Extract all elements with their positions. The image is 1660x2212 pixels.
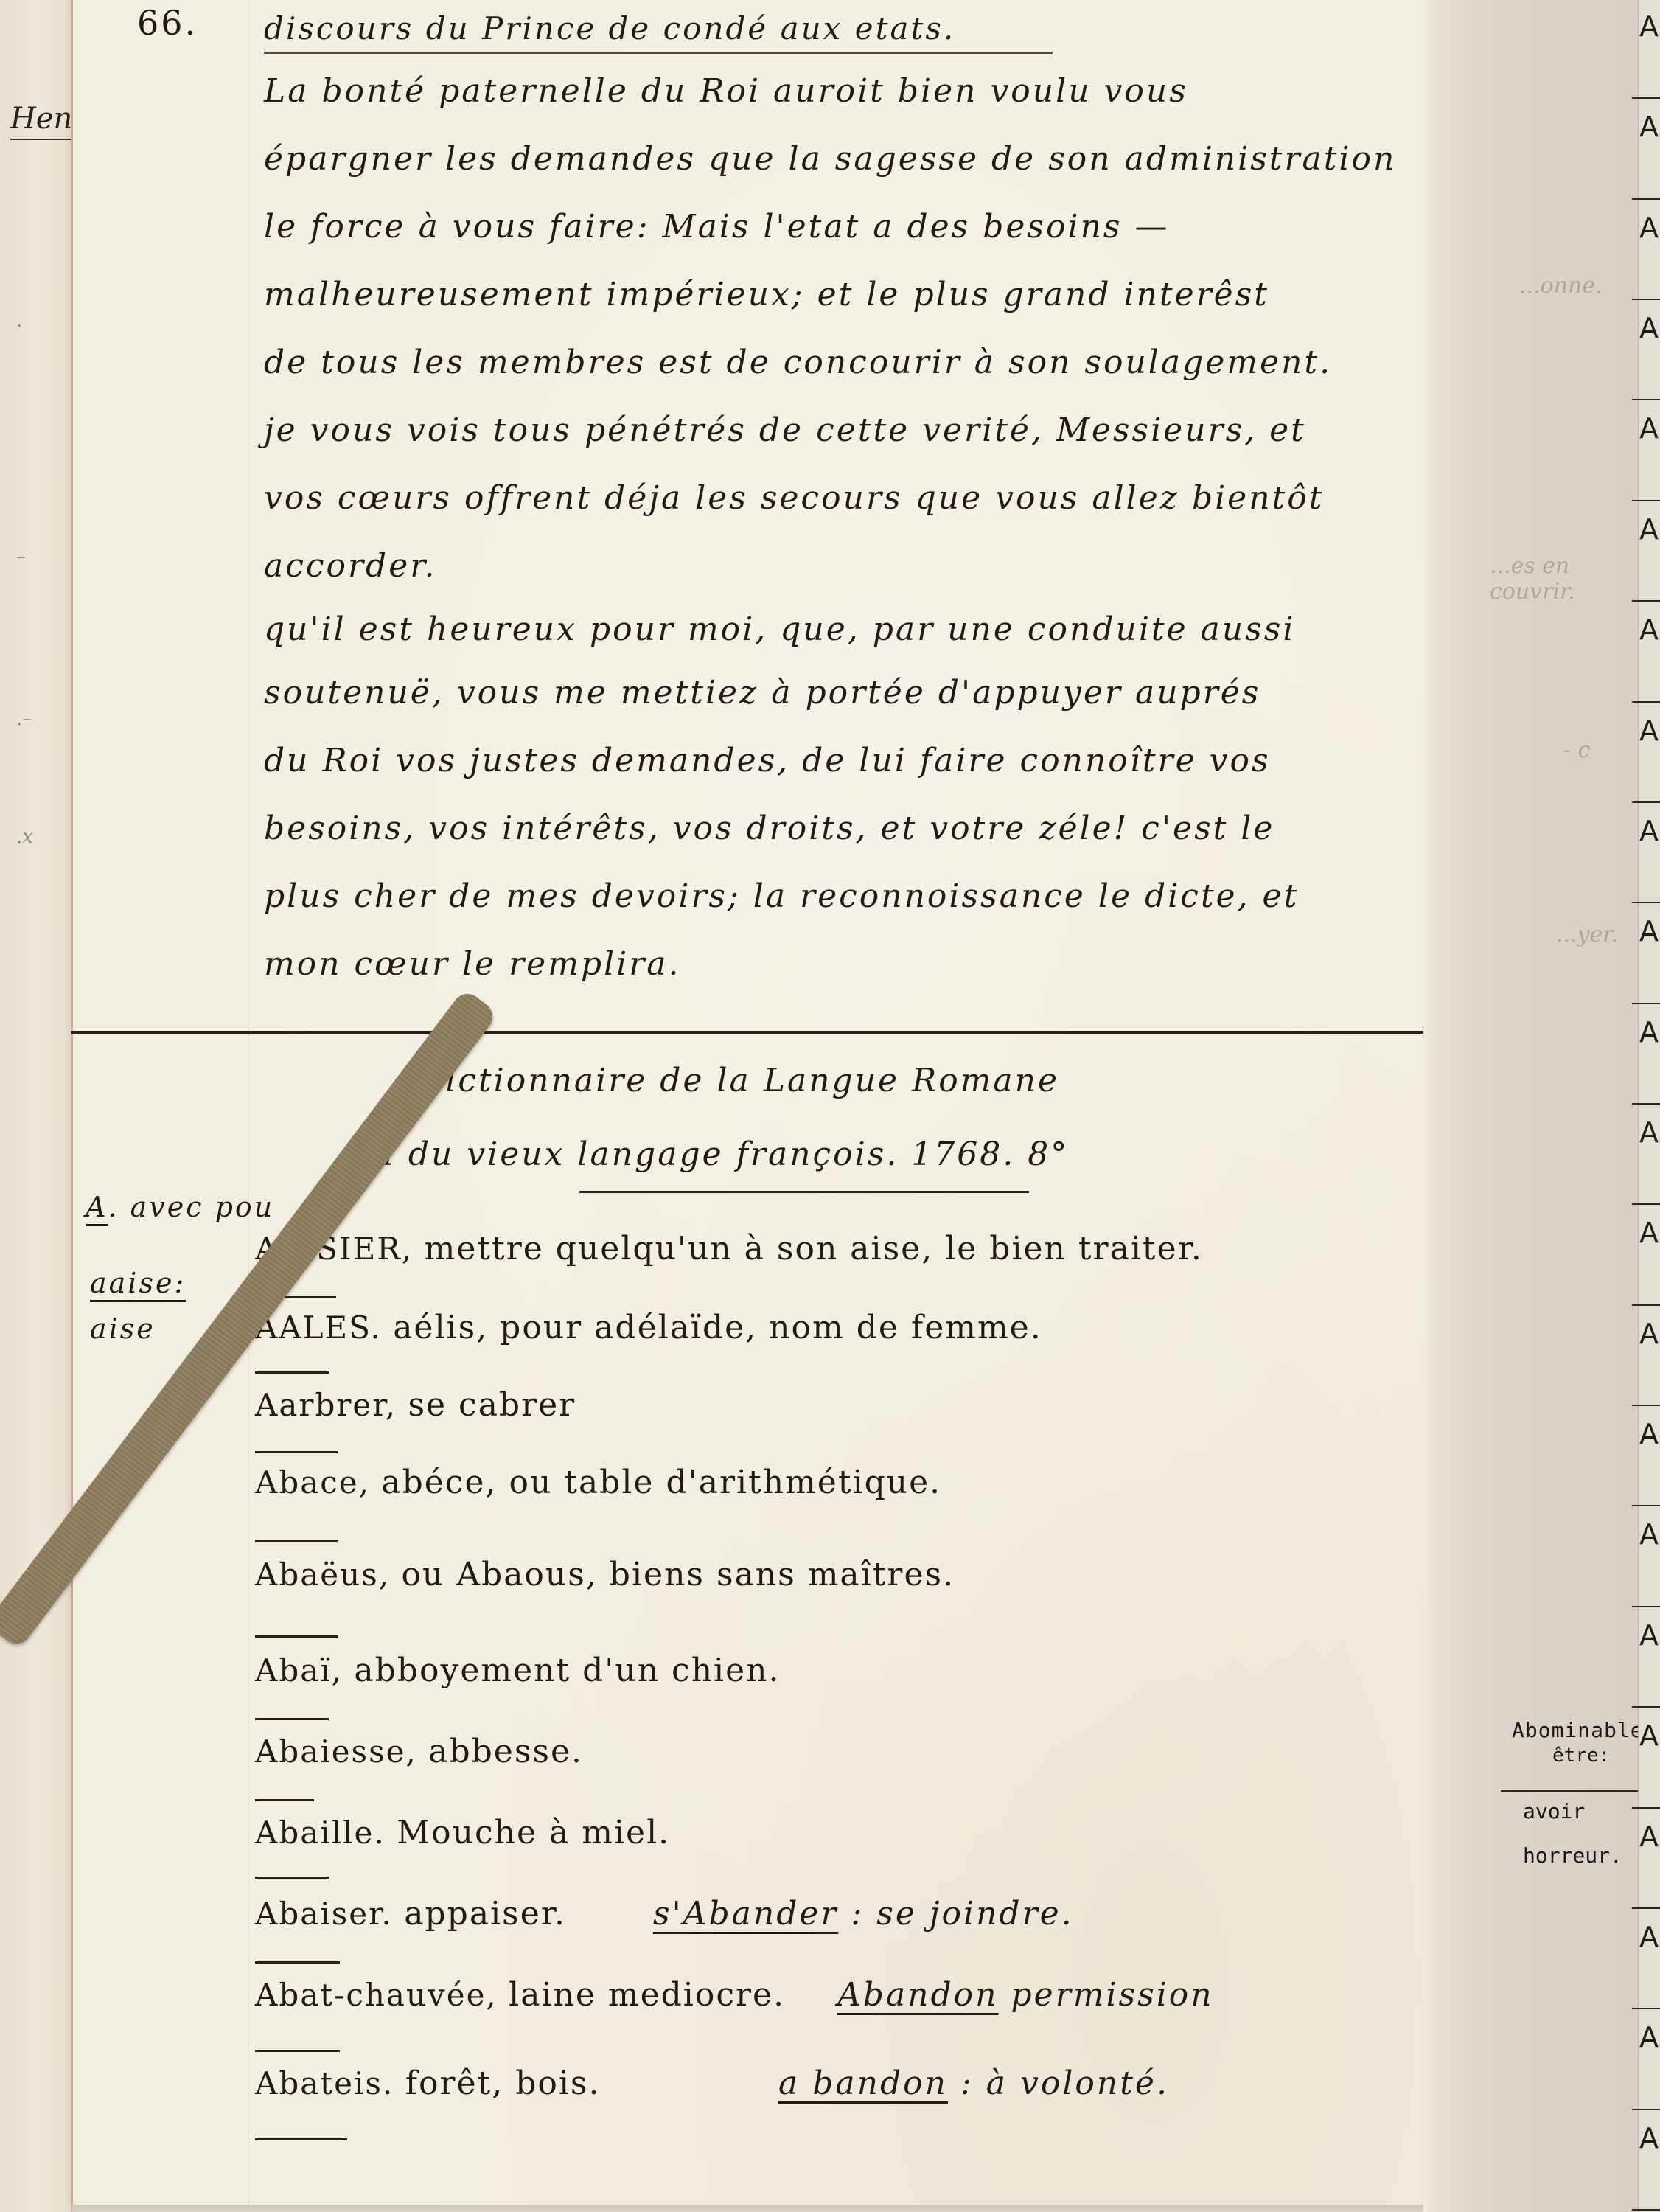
bleed-through-text: ...es en couvrir. — [1490, 553, 1660, 605]
dictionary-entry: Abaëus, ou Abaous, biens sans maîtres. — [255, 1556, 955, 1593]
thumb-index-divider — [1632, 2109, 1660, 2110]
thumb-index-letter: A — [1639, 613, 1659, 646]
thumb-index-divider — [1632, 1907, 1660, 1909]
thumb-index-letter: A — [1639, 212, 1659, 244]
entry-rule — [255, 1718, 329, 1720]
prose-line: La bonté paternelle du Roi auroit bien v… — [264, 72, 1188, 110]
margin-note-avoir: avoir — [1523, 1799, 1585, 1823]
entry-rule — [255, 1635, 338, 1638]
thumb-index-divider — [1632, 1304, 1660, 1306]
thumb-index-letter: A — [1639, 2021, 1659, 2053]
thumb-index-divider — [1632, 198, 1660, 200]
entry-rule — [255, 1540, 338, 1542]
faint-mark: .x — [16, 826, 33, 848]
torn-edge — [1423, 0, 1441, 2212]
thumb-index-letter: A — [1639, 1820, 1659, 1853]
entry-rule — [255, 2050, 340, 2052]
margin-note-abominable: Abominable — [1512, 1718, 1644, 1742]
adjacent-page: ...onne. ...es en couvrir. - c ...yer. A… — [1423, 0, 1660, 2212]
thumb-index-divider — [1632, 1203, 1660, 1205]
dictionary-entry: Aarbrer, se cabrer — [255, 1386, 576, 1424]
entry-rule — [255, 1877, 329, 1879]
prose-line: mon cœur le remplira. — [264, 945, 681, 983]
faint-mark: . — [16, 310, 22, 332]
bleed-through-text: ...yer. — [1556, 922, 1618, 947]
margin-note-rule — [1501, 1790, 1660, 1792]
bleed-through-text: - c — [1563, 737, 1590, 763]
side-entry-a-bandon: a bandon : à volonté. — [778, 2065, 1169, 2102]
previous-page-edge: Hen . – .– .x — [0, 0, 72, 2212]
dictionary-entry: Abace, abéce, ou table d'arithmétique. — [255, 1464, 941, 1501]
thumb-index-divider — [1632, 600, 1660, 602]
thumb-index-letter: A — [1639, 111, 1659, 143]
margin-note-etre: être: — [1552, 1745, 1610, 1767]
thumb-index-letter: A — [1639, 1921, 1659, 1953]
dictionary-entry: Abaille. Mouche à miel. — [255, 1814, 670, 1851]
thumb-index-letter: A — [1639, 1619, 1659, 1652]
margin-word-hen: Hen — [10, 102, 72, 140]
side-entry-sabander: s'Abander : se joindre. — [653, 1895, 1074, 1933]
prose-line: plus cher de mes devoirs; la reconnoissa… — [264, 877, 1299, 915]
page-number: 66. — [137, 3, 198, 43]
dictionary-entry: Abaï, abboyement d'un chien. — [255, 1652, 780, 1689]
thumb-index-letter: A — [1639, 714, 1659, 747]
margin-note-horreur: horreur. — [1523, 1843, 1622, 1868]
dictionary-entry: Abateis. forêt, bois. — [255, 2065, 600, 2102]
thumb-index-letter: A — [1639, 10, 1659, 43]
entry-rule — [255, 1961, 340, 1964]
thumb-index-letter: A — [1639, 2122, 1659, 2154]
manuscript-page: 66. discours du Prince de condé aux etat… — [71, 0, 1426, 2205]
thumb-index-divider — [1632, 2209, 1660, 2211]
thumb-index-letter: A — [1639, 1217, 1659, 1249]
margin-rule — [71, 0, 73, 2205]
prose-line: malheureusement impérieux; et le plus gr… — [264, 276, 1269, 313]
dictionary-entry: Abaiser. appaiser. — [255, 1895, 566, 1933]
thumb-index-divider — [1632, 2008, 1660, 2009]
entry-rule — [255, 1371, 329, 1374]
prose-line: je vous vois tous pénétrés de cette veri… — [264, 411, 1306, 449]
entry-rule — [255, 1451, 338, 1453]
title-underline — [579, 1191, 1029, 1193]
thumb-index-letter: A — [1639, 1518, 1659, 1551]
entry-rule — [255, 1799, 314, 1801]
thumb-index-letter: A — [1639, 1016, 1659, 1048]
thumb-index-letter: A — [1639, 1418, 1659, 1450]
thumb-index-divider — [1632, 299, 1660, 300]
margin-note-a-avec: A. avec pou — [86, 1191, 274, 1223]
thumb-index-letter: A — [1639, 1116, 1659, 1149]
prose-line: besoins, vos intérêts, vos droits, et vo… — [264, 810, 1274, 847]
thumb-index-divider — [1632, 701, 1660, 703]
thumb-index-divider — [1632, 1505, 1660, 1506]
faint-mark: – — [16, 546, 26, 568]
page-heading: discours du Prince de condé aux etats. — [264, 10, 955, 46]
margin-note-aaise: aaise: — [90, 1267, 186, 1299]
dictionary-entry: Abaiesse, abbesse. — [255, 1733, 583, 1770]
thumb-index-letter: A — [1639, 815, 1659, 847]
entry-rule — [255, 2138, 347, 2140]
dictionary-title-line1: Dictionnaire de la Langue Romane — [417, 1062, 1059, 1099]
prose-line: soutenuë, vous me mettiez à portée d'app… — [264, 674, 1260, 712]
dictionary-entry: AALES. aélis, pour adélaïde, nom de femm… — [255, 1309, 1042, 1346]
prose-line: le force à vous faire: Mais l'etat a des… — [264, 208, 1169, 246]
margin-note-aise: aise — [90, 1312, 156, 1345]
thumb-index-letter: A — [1639, 1318, 1659, 1350]
thumb-index-letter: A — [1639, 915, 1659, 947]
thumb-index-divider — [1632, 500, 1660, 501]
inner-margin-rule — [248, 0, 249, 2205]
thumb-index-letter: A — [1639, 1719, 1659, 1752]
thumb-index-divider — [1632, 1405, 1660, 1406]
side-entry-abandon: Abandon permission — [837, 1976, 1214, 2014]
thumb-index-letter: A — [1639, 513, 1659, 546]
thumb-index-divider — [1632, 97, 1660, 99]
thumb-index-divider — [1632, 1807, 1660, 1809]
thumb-index-divider — [1632, 1103, 1660, 1105]
section-divider — [71, 1031, 1423, 1034]
bleed-through-text: ...onne. — [1519, 273, 1603, 299]
thumb-index-divider — [1632, 1003, 1660, 1004]
thumb-index-letter: A — [1639, 312, 1659, 344]
thumb-index-divider — [1632, 1706, 1660, 1708]
prose-line: vos cœurs offrent déja les secours que v… — [264, 479, 1324, 517]
thumb-index-divider — [1632, 399, 1660, 400]
prose-line: accorder. — [264, 547, 436, 585]
thumb-index-letter: A — [1639, 412, 1659, 445]
thumb-index-divider — [1632, 902, 1660, 903]
thumb-index-divider — [1632, 1606, 1660, 1607]
dictionary-entry: Abat-chauvée, laine mediocre. — [255, 1976, 785, 2014]
dictionary-title-line2: ou du vieux langage françois. 1768. 8° — [351, 1135, 1069, 1173]
heading-underline — [264, 52, 1053, 54]
prose-line: de tous les membres est de concourir à s… — [264, 344, 1332, 381]
prose-line: épargner les demandes que la sagesse de … — [264, 140, 1396, 178]
faint-mark: .– — [16, 708, 32, 730]
prose-line: qu'il est heureux pour moi, que, par une… — [264, 611, 1295, 648]
prose-line: du Roi vos justes demandes, de lui faire… — [264, 742, 1271, 779]
thumb-index-divider — [1632, 801, 1660, 803]
dictionary-entry: AAISIER, mettre quelqu'un à son aise, le… — [255, 1230, 1203, 1267]
